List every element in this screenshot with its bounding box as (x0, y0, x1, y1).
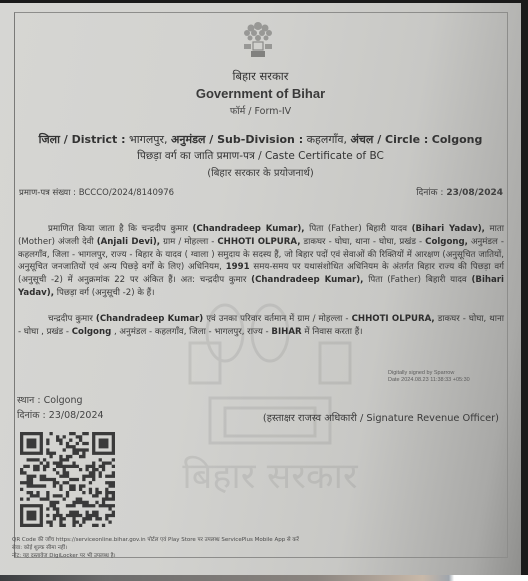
village-name: CHHOTI OLPURA, (217, 237, 300, 247)
background-surface (0, 575, 528, 581)
text: पिता (Father) बिहारी यादव (309, 224, 407, 234)
certificate-purpose: (बिहार सरकार के प्रयोजनार्थ) (0, 165, 521, 179)
digital-signature-signer: Digitally signed by Sparrow (388, 370, 470, 377)
text: चन्द्रदीप कुमार (48, 314, 93, 324)
mother-name: (Anjali Devi), (97, 237, 160, 247)
text: प्रमाणित किया जाता है कि चन्द्रदीप कुमार (48, 224, 188, 234)
location-line: जिला / District : भागलपुर, अनुमंडल / Sub… (0, 132, 521, 147)
father-name: (Bihari Yadav), (412, 224, 485, 234)
text: पिछड़ा वर्ग (अनुसूची -2) के हैं। (57, 288, 155, 298)
header-title-english: Government of Bihar (0, 86, 521, 101)
svg-text:बिहार सरकार: बिहार सरकार (182, 455, 359, 493)
footer-date-value: 23/08/2024 (49, 410, 104, 421)
bihar-emblem-icon (238, 18, 278, 60)
applicant-name: (Chandradeep Kumar), (251, 275, 363, 285)
issue-date-value: 23/08/2024 (446, 188, 503, 198)
residence-paragraph: चन्द्रदीप कुमार (Chandradeep Kumar) एवं … (18, 313, 504, 339)
place: स्थान : Colgong (17, 393, 83, 406)
certificate-title: पिछड़ा वर्ग का जाति प्रमाण-पत्र / Caste … (0, 149, 521, 163)
digital-signature: Digitally signed by Sparrow Date 2024.08… (388, 370, 470, 384)
qr-code[interactable] (20, 432, 115, 527)
act-year: 1991 (226, 262, 250, 272)
footer-date: दिनांक : 23/08/2024 (17, 408, 104, 421)
applicant-name: (Chandradeep Kumar) (96, 314, 203, 324)
applicant-name: (Chandradeep Kumar), (193, 224, 305, 234)
text: डाकघर - घोघा, थाना - घोघा, प्रखंड - (304, 237, 423, 247)
certificate-number-label: प्रमाण-पत्र संख्या : (19, 188, 76, 198)
certificate-number: प्रमाण-पत्र संख्या : BCCCO/2024/8140976 (19, 187, 174, 198)
form-number: फॉर्म / Form-IV (0, 104, 521, 117)
village-name: CHHOTI OLPURA, (352, 314, 435, 324)
signature-label: (हस्ताक्षर राजस्व अधिकारी / Signature Re… (263, 411, 499, 424)
issue-date: दिनांक : 23/08/2024 (416, 185, 503, 198)
district-value: भागलपुर, (129, 133, 167, 146)
district-label: जिला / District : (39, 133, 126, 146)
text: ग्राम / मोहल्ला - (163, 237, 214, 247)
certificate-photo: बिहार सरकार बिहार सरकार Government of Bi… (0, 3, 521, 575)
footer-date-label: दिनांक : (17, 410, 46, 421)
header-title-hindi: बिहार सरकार (0, 69, 521, 84)
certification-paragraph: प्रमाणित किया जाता है कि चन्द्रदीप कुमार… (18, 223, 504, 300)
issue-date-label: दिनांक : (416, 188, 443, 198)
footer-qr-note: QR Code की जाँच https://serviceonline.bi… (12, 535, 299, 543)
digital-signature-date: Date 2024.08.23 11:38:33 +05:30 (388, 377, 470, 384)
subdivision-label: अनुमंडल / Sub-Division : (171, 133, 303, 146)
text: एवं उनका परिवार वर्तमान में ग्राम / मोहल… (206, 314, 348, 324)
circle-value: Colgong (432, 133, 483, 146)
footer-fee-note: सेवा: कोई शुल्क सीमा नहीं। (12, 543, 67, 551)
place-value: Colgong (44, 395, 83, 406)
place-label: स्थान : (17, 395, 41, 406)
circle-label: अंचल / Circle : (351, 133, 429, 146)
text: , अनुमंडल - कहलगाँव, जिला - भागलपुर, राज… (114, 327, 269, 337)
text: में निवास करता हैं। (304, 327, 362, 337)
block-name: Colgong, (425, 237, 468, 247)
block-name: Colgong (72, 327, 111, 337)
subdivision-value: कहलगाँव, (307, 133, 347, 146)
footer-digilocker-note: नोट: यह दस्तावेज DigiLocker पर भी उपलब्ध… (12, 551, 116, 559)
state-name: BIHAR (271, 327, 301, 337)
certificate-number-value: BCCCO/2024/8140976 (79, 188, 174, 198)
text: पिता (Father) बिहारी यादव (368, 275, 467, 285)
